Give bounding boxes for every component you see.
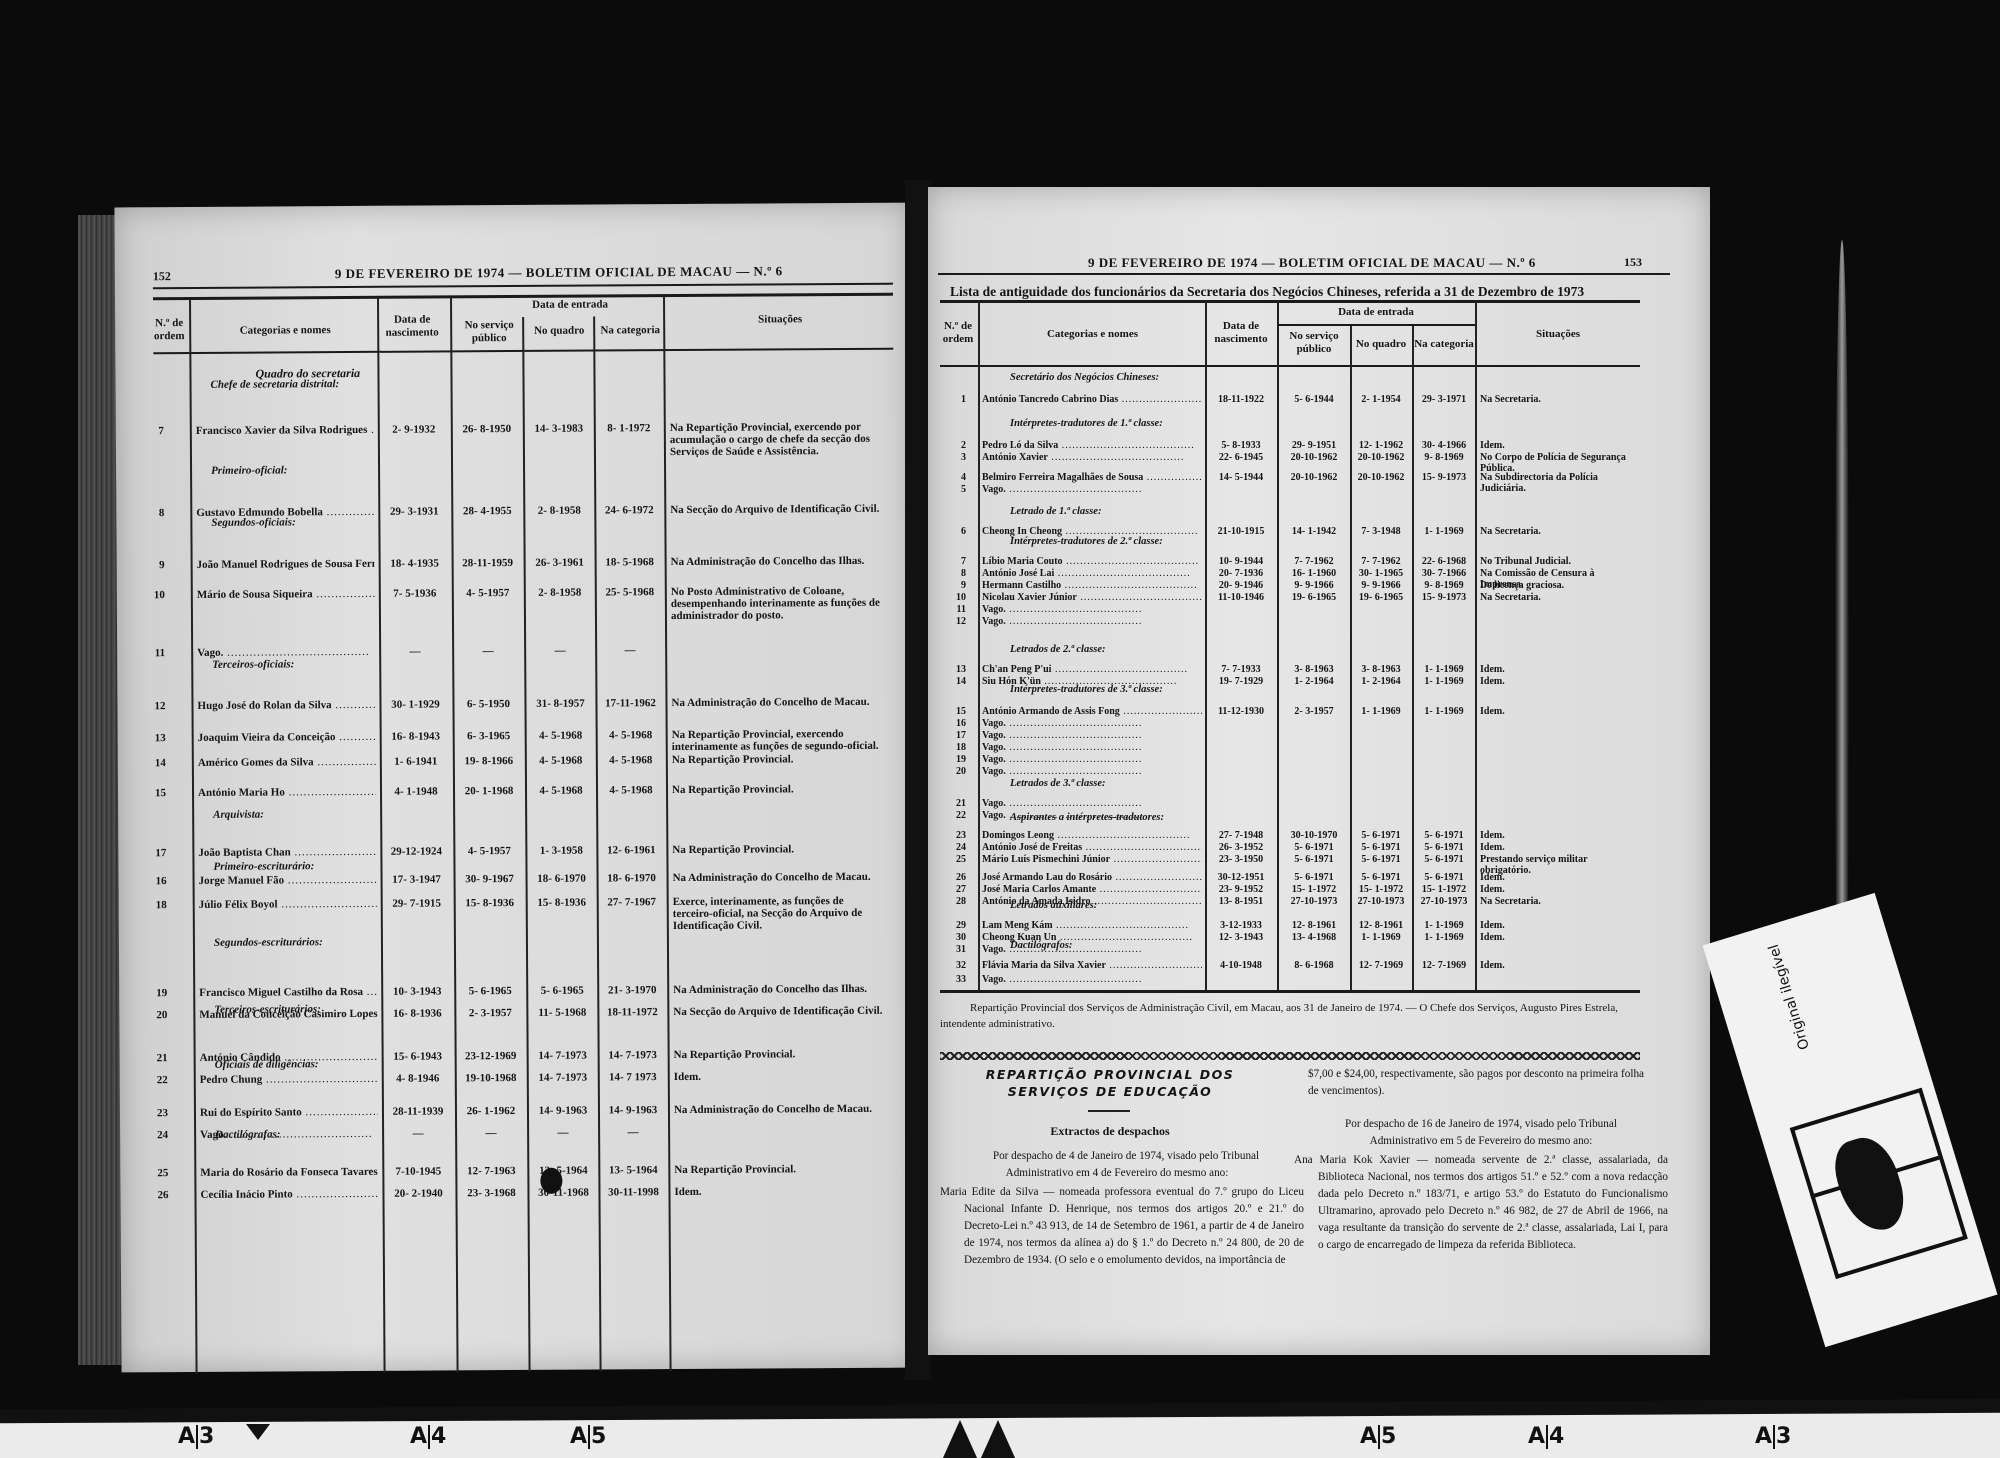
public-service-date: 16- 1-1960 [1278, 568, 1350, 579]
situation: Idem. [1480, 676, 1640, 687]
situation: Idem. [1480, 440, 1640, 451]
table-row: 24António José de Freitas26- 3-19525- 6-… [0, 842, 1700, 854]
row-number: 2 [938, 440, 966, 451]
employee-name: António José de Freitas [982, 842, 1202, 853]
birth-date: 10- 9-1944 [1206, 556, 1276, 567]
birth-date: 30-12-1951 [1206, 872, 1276, 883]
center-marker-left-icon [942, 1420, 978, 1458]
public-service-date: 5- 6-1971 [1278, 872, 1350, 883]
employee-name: António Tancredo Cabrino Dias [982, 394, 1202, 405]
category-label: Intérpretes-tradutores de 1.ª classe: [1010, 418, 1163, 429]
public-service-date: 29- 9-1951 [1278, 440, 1350, 451]
employee-name: Vago. [197, 646, 375, 659]
quadro-date: 5- 6-1965 [527, 985, 597, 997]
birth-date: 7-10-1945 [382, 1165, 454, 1177]
col-header-ordem: N.º de ordem [151, 317, 187, 343]
situation: Na Secção do Arquivo de Identificação Ci… [673, 1005, 883, 1018]
quadro-date: 12- 1-1962 [1351, 440, 1411, 451]
col-header-categorias: Categorias e nomes [980, 328, 1205, 341]
table-row: 10Nicolau Xavier Júnior11-10-194619- 6-1… [0, 592, 1700, 604]
table-row: 30Cheong Kuan Un12- 3-194313- 4-19681- 1… [0, 932, 1700, 944]
col-header-categorias: Categorias e nomes [195, 324, 375, 338]
despacho-body-1: Maria Edite da Silva — nomeada professor… [940, 1184, 1304, 1269]
col-header-situacoes: Situações [1476, 328, 1640, 341]
public-service-date: 7- 7-1962 [1278, 556, 1350, 567]
table-row: 14Siu Hón K'ün19- 7-19291- 2-19641- 2-19… [0, 676, 1700, 688]
table-row: 1António Tancredo Cabrino Dias18-11-1922… [0, 394, 1700, 406]
public-service-date: 14- 1-1942 [1278, 526, 1350, 537]
situation: Idem. [1480, 842, 1640, 853]
public-service-date: 5- 6-1971 [1278, 842, 1350, 853]
table-row: 5Vago. [0, 484, 1700, 496]
birth-date: 26- 3-1952 [1206, 842, 1276, 853]
table-row: 25Mário Luís Pismechini Júnior23- 3-1950… [0, 854, 1700, 866]
birth-date: 13- 8-1951 [1206, 896, 1276, 907]
employee-name: Vago. [982, 754, 1202, 765]
row-number: 30 [938, 932, 966, 943]
situation: Idem. [1480, 960, 1640, 971]
row-number: 7 [938, 556, 966, 567]
col-header-servico-publico: No serviço público [1278, 330, 1350, 356]
list-title: Lista de antiguidade dos funcionários da… [950, 284, 1640, 300]
situation: Na Secção do Arquivo de Identificação Ci… [670, 503, 880, 516]
public-service-date: 13- 4-1968 [1278, 932, 1350, 943]
employee-name: Vago. [982, 742, 1202, 753]
page-number: 152 [153, 269, 171, 284]
category-date: 8- 1-1972 [595, 422, 663, 434]
center-marker-right-icon [980, 1420, 1016, 1458]
situation: Na Administração do Concelho de Macau. [674, 1103, 884, 1116]
row-number: 8 [134, 507, 164, 519]
quadro-date: 14- 9-1963 [528, 1105, 598, 1117]
despacho-body-1-cont: $7,00 e $24,00, respectivamente, são pag… [1308, 1066, 1644, 1100]
category-date: — [599, 1126, 667, 1138]
birth-date: 20- 2-1940 [382, 1187, 454, 1199]
employee-name: Rui do Espírito Santo [200, 1106, 378, 1119]
birth-date: — [379, 645, 451, 657]
quadro-date: 5- 6-1971 [1351, 872, 1411, 883]
quadro-date: 2- 8-1958 [524, 505, 594, 517]
situation: No Corpo de Polícia de Segurança Pública… [1480, 452, 1640, 474]
situation: No Tribunal Judicial. [1480, 556, 1640, 567]
table-row: 26Cecília Inácio Pinto20- 2-194023- 3-19… [120, 1185, 900, 1230]
row-number: 11 [135, 647, 165, 659]
section-divider-ornament [940, 1052, 1640, 1060]
category-date: 15- 1-1972 [1413, 884, 1475, 895]
table-row: 28António da Amada Isidro13- 8-195127-10… [0, 896, 1700, 908]
quadro-date: 1- 2-1964 [1351, 676, 1411, 687]
category-date: 5- 6-1971 [1413, 872, 1475, 883]
category-date: 1- 1-1969 [1413, 932, 1475, 943]
category-date: 1- 1-1969 [1413, 676, 1475, 687]
category-date: 14- 7 1973 [599, 1071, 667, 1083]
table-row: 20Vago. [0, 766, 1700, 778]
quadro-date: — [525, 645, 595, 657]
row-number: 21 [138, 1052, 168, 1064]
col-header-servico-publico: No serviço público [455, 319, 523, 345]
col-header-quadro: No quadro [1351, 338, 1411, 351]
employee-name: Vago. [982, 974, 1202, 985]
quadro-date: 9- 9-1966 [1351, 580, 1411, 591]
employee-name: Francisco Xavier da Silva Rodrigues [196, 424, 374, 437]
quadro-date: 11- 5-1968 [527, 1007, 597, 1019]
category-label: Letrado de 1.ª classe: [1010, 506, 1101, 517]
row-number: 23 [138, 1107, 168, 1119]
row-number: 12 [938, 616, 966, 627]
signature-line: Repartição Provincial dos Serviços de Ad… [940, 1000, 1640, 1032]
birth-date: 19- 7-1929 [1206, 676, 1276, 687]
film-marker-6: A3 [1755, 1424, 1791, 1449]
employee-name: Hermann Castilho [982, 580, 1202, 591]
birth-date: 10- 3-1943 [381, 985, 453, 997]
birth-date: 5- 8-1933 [1206, 440, 1276, 451]
employee-name: Francisco Miguel Castilho da Rosa [199, 986, 377, 999]
public-service-date: 15- 1-1972 [1278, 884, 1350, 895]
public-service-date: 8- 6-1968 [1278, 960, 1350, 971]
row-number: 4 [938, 472, 966, 483]
row-number: 26 [138, 1189, 168, 1201]
table-row: 21Vago. [0, 798, 1700, 810]
table-row: 2Pedro Ló da Silva5- 8-193329- 9-195112-… [0, 440, 1700, 452]
situation: Na Repartição Provincial. [674, 1048, 884, 1061]
table-bottom-rule [940, 990, 1640, 993]
birth-date: 2- 9-1932 [378, 423, 450, 435]
page-number: 153 [1624, 255, 1642, 270]
category-label: Intérpretes-tradutores de 2.ª classe: [1010, 536, 1163, 547]
employee-name: Vago. [982, 616, 1202, 627]
category-date: 12- 7-1969 [1413, 960, 1475, 971]
category-label: Oficiais de diligências: [215, 1058, 319, 1071]
left-table-body: Chefe de secretaria distrital:7Francisco… [114, 203, 909, 208]
table-row: 16Vago. [0, 718, 1700, 730]
employee-name: Maria do Rosário da Fonseca Tavares [200, 1166, 378, 1179]
public-service-date: 28- 4-1955 [452, 505, 522, 517]
section-title: REPARTIÇÃO PROVINCIAL DOS SERVIÇOS DE ED… [945, 1066, 1275, 1100]
public-service-date: 3- 8-1963 [1278, 664, 1350, 675]
col-header-situacoes: Situações [685, 313, 875, 327]
row-number: 28 [938, 896, 966, 907]
table-row: 15António Armando de Assis Fong11-12-193… [0, 706, 1700, 718]
category-date: 1- 1-1969 [1413, 706, 1475, 717]
table-row: 19Vago. [0, 754, 1700, 766]
row-number: 19 [938, 754, 966, 765]
quadro-date: 5- 6-1971 [1351, 842, 1411, 853]
birth-date: 15- 6-1943 [382, 1050, 454, 1062]
birth-date: 23- 9-1952 [1206, 884, 1276, 895]
category-date: 5- 6-1971 [1413, 830, 1475, 841]
left-page: 152 9 DE FEVEREIRO DE 1974 — BOLETIM OFI… [114, 203, 916, 1373]
birth-date: 22- 6-1945 [1206, 452, 1276, 463]
category-date: 5- 6-1971 [1413, 854, 1475, 865]
situation: Idem. [1480, 664, 1640, 675]
col-header-data-entrada: Data de entrada [1278, 306, 1474, 319]
public-service-date: 2- 3-1957 [455, 1007, 525, 1019]
public-service-date: 2- 3-1957 [1278, 706, 1350, 717]
category-date: 30-11-1998 [599, 1186, 667, 1198]
employee-name: José Armando Lau do Rosário [982, 872, 1202, 883]
table-head-rule [940, 365, 1640, 367]
situation: Na Repartição Provincial. [672, 783, 882, 796]
film-marker-5: A4 [1528, 1424, 1564, 1449]
col-header-nascimento: Data de nascimento [377, 313, 447, 339]
row-number: 14 [938, 676, 966, 687]
public-service-date: 23-12-1969 [456, 1050, 526, 1062]
category-date: 30- 7-1966 [1413, 568, 1475, 579]
employee-name: Pedro Chung [200, 1073, 378, 1086]
category-label: Intérpretes-tradutores de 3.ª classe: [1010, 684, 1163, 695]
category-date: 15- 9-1973 [1413, 472, 1475, 483]
despacho-body-2: Ana Maria Kok Xavier — nomeada servente … [1294, 1152, 1668, 1254]
col-header-categoria: Na categoria [595, 324, 665, 337]
quadro-date: 12- 7-1969 [1351, 960, 1411, 971]
film-notch-icon [246, 1424, 270, 1440]
illegible-original-tag: Original ilegível [1703, 893, 1998, 1347]
row-number: 8 [938, 568, 966, 579]
situation [674, 1125, 884, 1126]
row-number: 7 [134, 425, 164, 437]
public-service-date: 12- 8-1961 [1278, 920, 1350, 931]
header-rule [153, 283, 893, 289]
row-number: 24 [938, 842, 966, 853]
situation: Na Secretaria. [1480, 896, 1640, 907]
quadro-date: — [528, 1127, 598, 1139]
category-date: — [596, 644, 664, 656]
category-label: Dactilógrafas: [215, 1128, 280, 1140]
employee-name: Vago. [982, 718, 1202, 729]
ink-blot [540, 1168, 562, 1194]
public-service-date: — [453, 645, 523, 657]
public-service-date: 23- 3-1968 [456, 1187, 526, 1199]
category-label: Terceiros-escriturários: [214, 1003, 321, 1016]
table-row: 26José Armando Lau do Rosário30-12-19515… [0, 872, 1700, 884]
employee-name: Mário Luís Pismechini Júnior [982, 854, 1202, 865]
film-marker-1: A3 [178, 1424, 214, 1449]
situation: Idem. [1480, 830, 1640, 841]
quadro-date: 2- 1-1954 [1351, 394, 1411, 405]
public-service-date: 20-10-1962 [1278, 472, 1350, 483]
quadro-date: 20-10-1962 [1351, 472, 1411, 483]
category-date: 24- 6-1972 [595, 504, 663, 516]
table-row: 3António Xavier22- 6-194520-10-196220-10… [0, 452, 1700, 464]
public-service-date: 20- 1-1968 [454, 785, 524, 797]
birth-date: 23- 3-1950 [1206, 854, 1276, 865]
employee-name: Domingos Leong [982, 830, 1202, 841]
quadro-date: 3- 8-1963 [1351, 664, 1411, 675]
category-label: Dactilógrafos: [1010, 940, 1072, 951]
row-number: 19 [137, 987, 167, 999]
public-service-date: 30-10-1970 [1278, 830, 1350, 841]
table-row: 6Cheong In Cheong21-10-191514- 1-19427- … [0, 526, 1700, 538]
public-service-date: 1- 2-1964 [1278, 676, 1350, 687]
quadro-date: 14- 3-1983 [524, 423, 594, 435]
row-number: 20 [938, 766, 966, 777]
running-head: 9 DE FEVEREIRO DE 1974 — BOLETIM OFICIAL… [335, 263, 783, 282]
employee-name: Vago. [982, 604, 1202, 615]
category-date: 9- 8-1969 [1413, 452, 1475, 463]
table-row: 17Vago. [0, 730, 1700, 742]
row-number: 24 [138, 1129, 168, 1141]
row-number: 25 [938, 854, 966, 865]
category-date: 14- 7-1973 [599, 1049, 667, 1061]
category-label: Secretário dos Negócios Chineses: [1010, 372, 1159, 383]
employee-name: Líbio Maria Couto [982, 556, 1202, 567]
situation: Na Secretaria. [1480, 592, 1640, 603]
employee-name: Lam Meng Kám [982, 920, 1202, 931]
row-number: 10 [938, 592, 966, 603]
birth-date: 11-12-1930 [1206, 706, 1276, 717]
category-date: 4- 5-1968 [597, 784, 665, 796]
category-date: 15- 9-1973 [1413, 592, 1475, 603]
situation: De licença graciosa. [1480, 580, 1640, 591]
table-row: 8António José Lai20- 7-193616- 1-196030-… [0, 568, 1700, 580]
birth-date: — [382, 1127, 454, 1139]
col-header-ordem: N.º de ordem [938, 320, 978, 346]
row-number: 11 [938, 604, 966, 615]
category-date: 30- 4-1966 [1413, 440, 1475, 451]
situation: Idem. [1480, 920, 1640, 931]
quadro-date: 5- 6-1971 [1351, 854, 1411, 865]
running-head: 9 DE FEVEREIRO DE 1974 — BOLETIM OFICIAL… [1088, 255, 1536, 271]
employee-name: Pedro Ló da Silva [982, 440, 1202, 451]
employee-name: Nicolau Xavier Júnior [982, 592, 1202, 603]
situation: Idem. [1480, 932, 1640, 943]
quadro-date: 15- 1-1972 [1351, 884, 1411, 895]
birth-date: 11-10-1946 [1206, 592, 1276, 603]
employee-name: Cecília Inácio Pinto [200, 1188, 378, 1201]
birth-date: 20- 7-1936 [1206, 568, 1276, 579]
category-date: 1- 1-1969 [1413, 664, 1475, 675]
situation: Idem. [1480, 872, 1640, 883]
row-number: 15 [938, 706, 966, 717]
category-date: 9- 8-1969 [1413, 580, 1475, 591]
section-subtitle: Extractos de despachos [945, 1124, 1275, 1139]
table-row: 12Vago. [0, 616, 1700, 628]
birth-date: 4- 8-1946 [382, 1072, 454, 1084]
public-service-date: 5- 6-1944 [1278, 394, 1350, 405]
situation: Idem. [674, 1070, 884, 1083]
table-row: 4Belmiro Ferreira Magalhães de Sousa14- … [0, 472, 1700, 484]
quadro-date: 5- 6-1971 [1351, 830, 1411, 841]
despacho-intro-1: Por despacho de 4 de Janeiro de 1974, vi… [958, 1148, 1276, 1182]
category-date: 5- 6-1971 [1413, 842, 1475, 853]
category-date: 14- 9-1963 [599, 1104, 667, 1116]
public-service-date: 26- 1-1962 [456, 1105, 526, 1117]
tag-label: Original ilegível [1766, 942, 1813, 1051]
row-number: 22 [938, 810, 966, 821]
employee-name: António Armando de Assis Fong [982, 706, 1202, 717]
situation: Idem. [1480, 884, 1640, 895]
table-row: 27José Maria Carlos Amante23- 9-195215- … [0, 884, 1700, 896]
category-label: Letrados auxiliares: [1010, 900, 1097, 911]
employee-name: Belmiro Ferreira Magalhães de Sousa [982, 472, 1202, 483]
category-date: 18-11-1972 [598, 1006, 666, 1018]
employee-name: Vago. [982, 798, 1202, 809]
birth-date: 28-11-1939 [382, 1105, 454, 1117]
quadro-date: 14- 7-1973 [528, 1072, 598, 1084]
public-service-date: 9- 9-1966 [1278, 580, 1350, 591]
quadro-date: 13- 5-1964 [528, 1165, 598, 1177]
public-service-date: 20-10-1962 [1278, 452, 1350, 463]
employee-name: Ch'an Peng P'ui [982, 664, 1202, 675]
table-row: 23Domingos Leong27- 7-194830-10-19705- 6… [0, 830, 1700, 842]
birth-date: 7- 7-1933 [1206, 664, 1276, 675]
table-row: 11Vago. [0, 604, 1700, 616]
row-number: 9 [938, 580, 966, 591]
row-number: 13 [938, 664, 966, 675]
employee-name: António Maria Ho [198, 786, 376, 799]
quadro-date: 4- 5-1968 [526, 785, 596, 797]
birth-date: 12- 3-1943 [1206, 932, 1276, 943]
category-date: 1- 1-1969 [1413, 920, 1475, 931]
row-number: 17 [938, 730, 966, 741]
situation: Idem. [1480, 706, 1640, 717]
category-label: Aspirantes a intérpretes-tradutores: [1010, 812, 1164, 823]
situation: Na Secretaria. [1480, 526, 1640, 537]
category-label: Letrados de 3.ª classe: [1010, 778, 1106, 789]
row-number: 18 [938, 742, 966, 753]
category-date: 29- 3-1971 [1413, 394, 1475, 405]
quadro-date: 19- 6-1965 [1351, 592, 1411, 603]
quadro-date: 1- 1-1969 [1351, 932, 1411, 943]
row-number: 20 [137, 1009, 167, 1021]
public-service-date: — [456, 1127, 526, 1139]
table-top-rule [940, 300, 1640, 303]
public-service-date: 5- 6-1971 [1278, 854, 1350, 865]
situation: Idem. [674, 1185, 884, 1198]
despacho-intro-2: Por despacho de 16 de Janeiro de 1974, v… [1320, 1116, 1642, 1150]
category-date: 1- 1-1969 [1413, 526, 1475, 537]
table-row: 13Ch'an Peng P'ui7- 7-19333- 8-19633- 8-… [0, 664, 1700, 676]
row-number: 27 [938, 884, 966, 895]
table-row: 29Lam Meng Kám3-12-193312- 8-196112- 8-1… [0, 920, 1700, 932]
row-number: 3 [938, 452, 966, 463]
public-service-date: 12- 7-1963 [456, 1165, 526, 1177]
row-number: 22 [138, 1074, 168, 1086]
employee-name: Vago. [982, 766, 1202, 777]
employee-name: Flávia Maria da Silva Xavier [982, 960, 1202, 971]
col-header-categoria: Na categoria [1413, 338, 1475, 351]
row-number: 26 [938, 872, 966, 883]
row-number: 5 [938, 484, 966, 495]
quadro-date: 27-10-1973 [1351, 896, 1411, 907]
birth-date: 14- 5-1944 [1206, 472, 1276, 483]
table-row: 33Vago. [0, 974, 1700, 986]
category-label: Letrados de 2.ª classe: [1010, 644, 1106, 655]
situation: Na Repartição Provincial. [674, 1163, 884, 1176]
col-header-quadro: No quadro [525, 325, 593, 338]
birth-date: 21-10-1915 [1206, 526, 1276, 537]
quadro-date: 12- 8-1961 [1351, 920, 1411, 931]
employee-name: Vago. [982, 730, 1202, 741]
col-header-data-entrada: Data de entrada [455, 298, 685, 312]
birth-date: 4-10-1948 [1206, 960, 1276, 971]
birth-date: 29- 3-1931 [378, 505, 450, 517]
table-row: 22Vago. [0, 810, 1700, 822]
table-row: 32Flávia Maria da Silva Xavier4-10-19488… [0, 960, 1700, 972]
row-number: 23 [938, 830, 966, 841]
quadro-date: 14- 7-1973 [528, 1050, 598, 1062]
table-row: 7Líbio Maria Couto10- 9-19447- 7-19627- … [0, 556, 1700, 568]
film-marker-4: A5 [1360, 1424, 1396, 1449]
table-row: 31Vago. [0, 944, 1700, 956]
quadro-date: 7- 3-1948 [1351, 526, 1411, 537]
table-row: 18Vago. [0, 742, 1700, 754]
public-service-date: 19- 6-1965 [1278, 592, 1350, 603]
entrada-rule [1277, 324, 1475, 326]
category-label: Chefe de secretaria distrital: [210, 378, 339, 391]
employee-name: António José Lai [982, 568, 1202, 579]
public-service-date: 27-10-1973 [1278, 896, 1350, 907]
